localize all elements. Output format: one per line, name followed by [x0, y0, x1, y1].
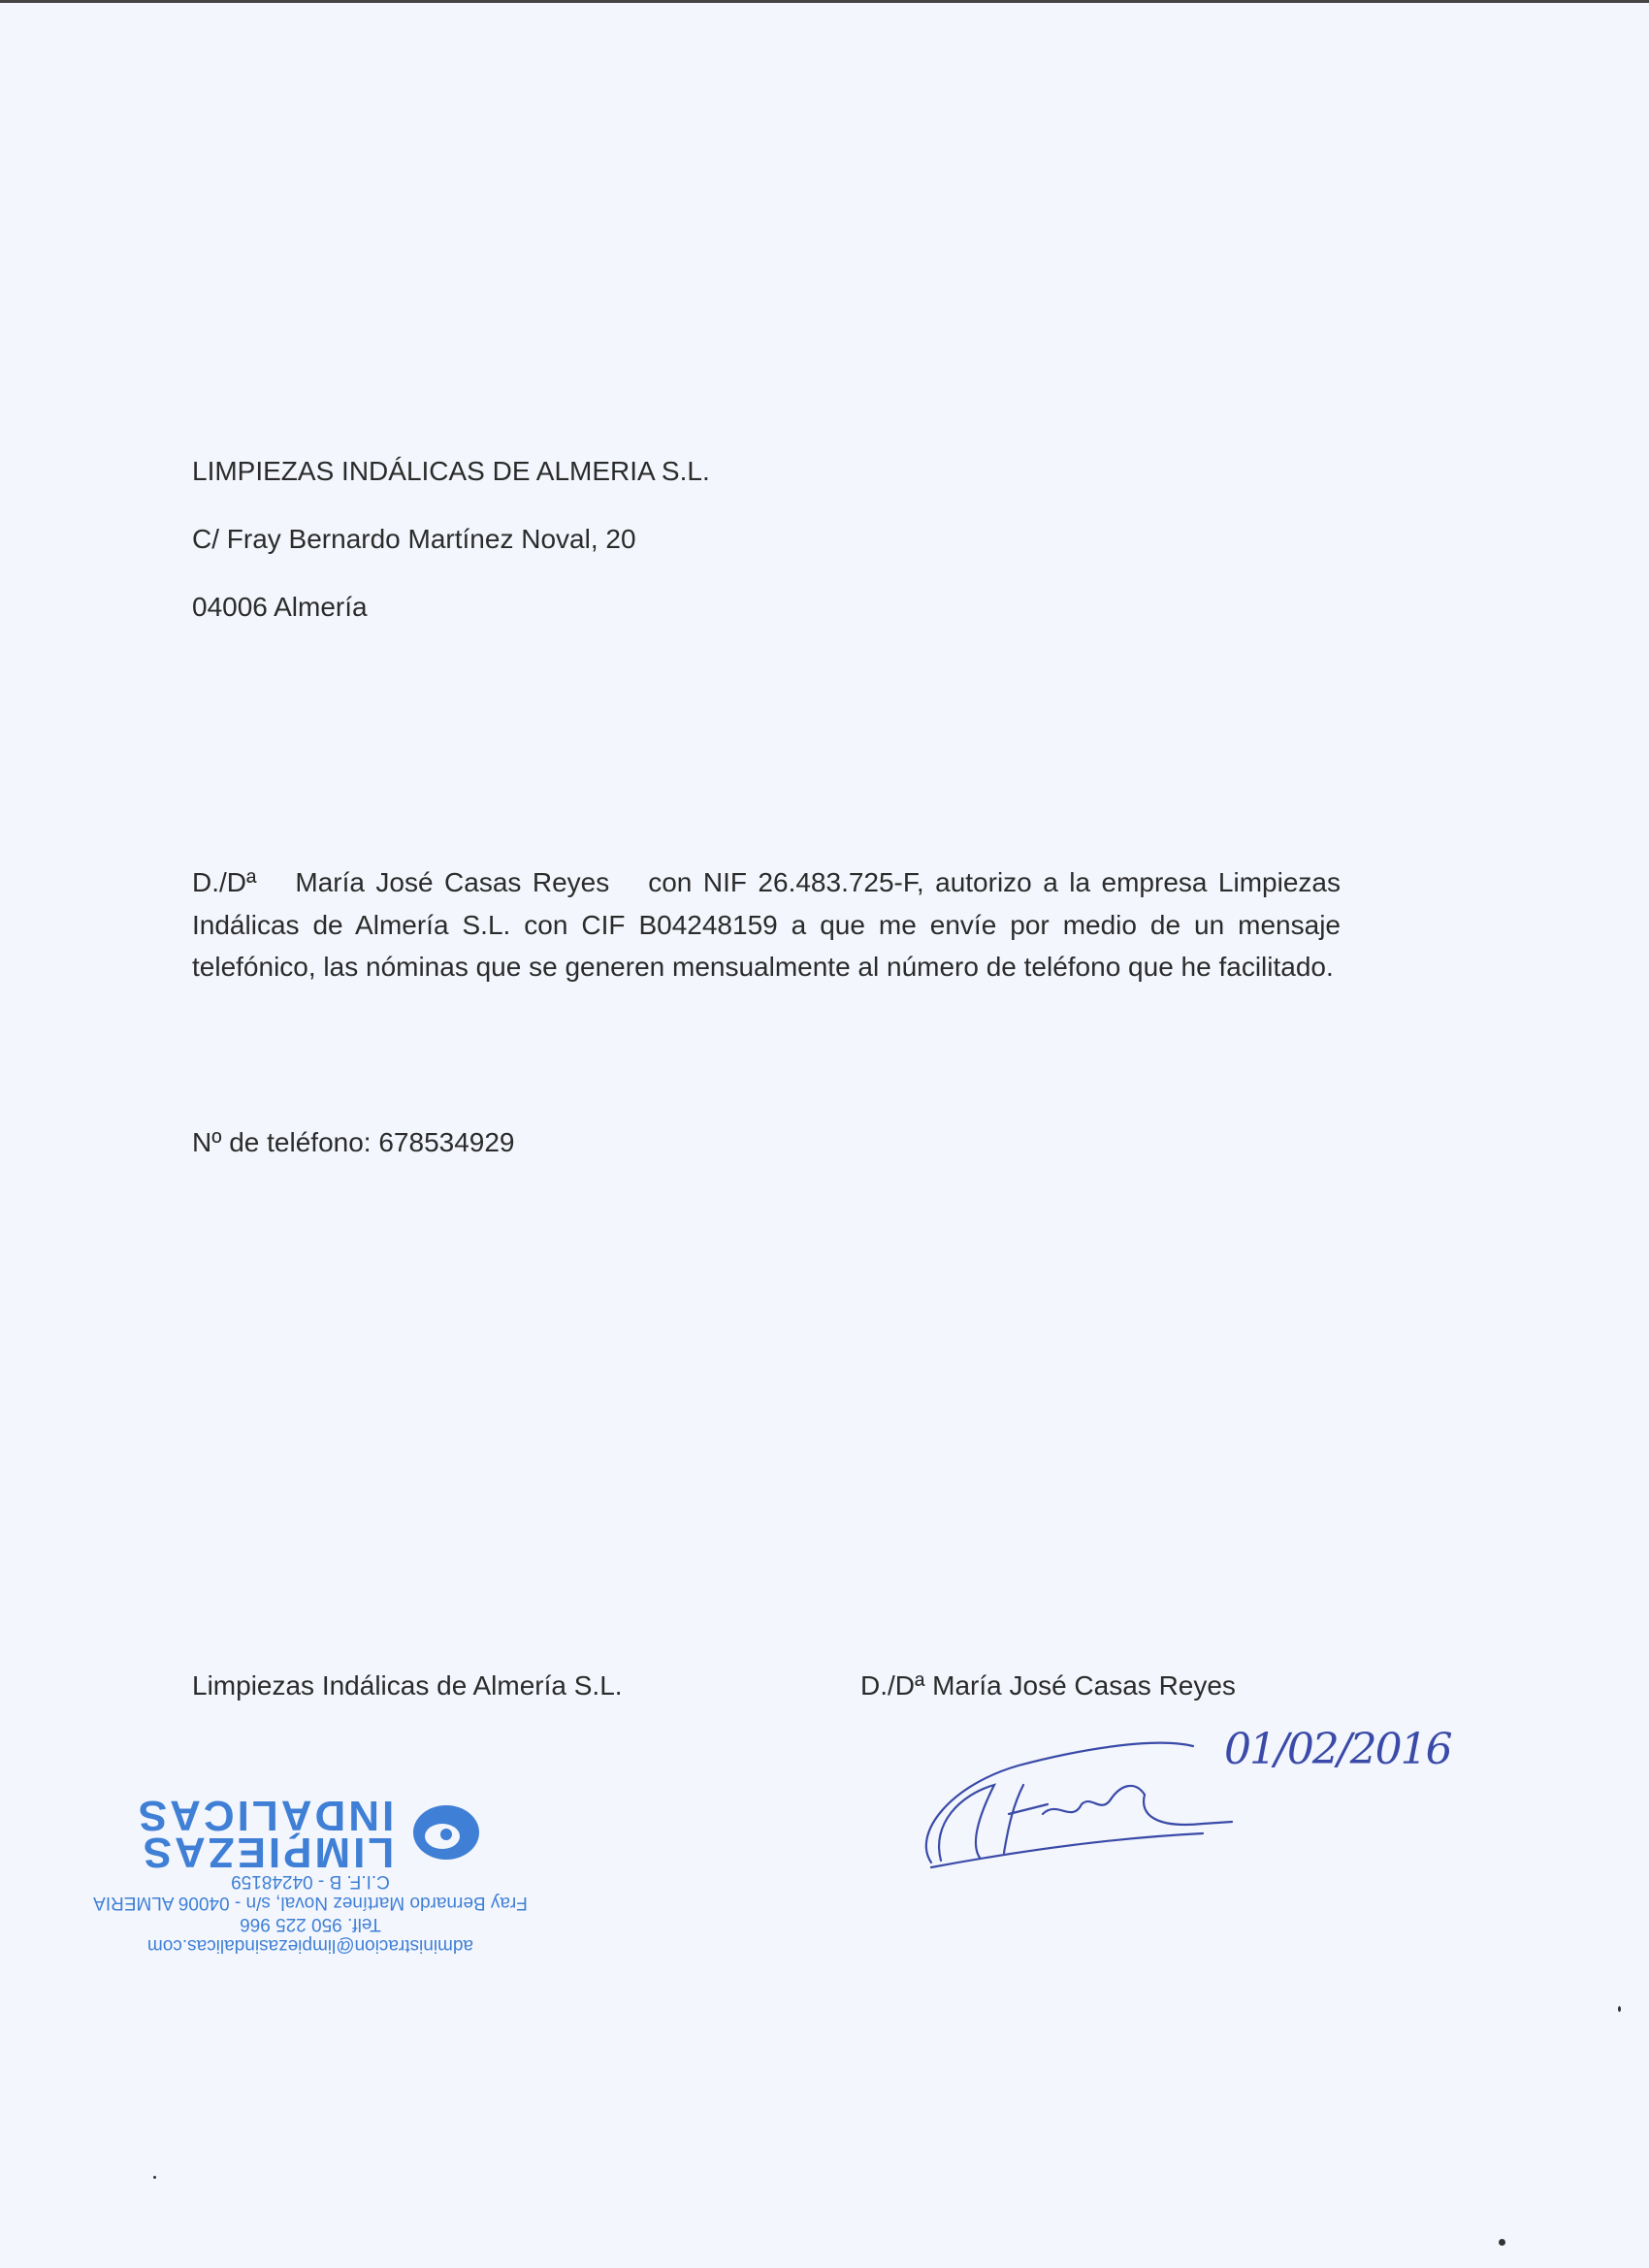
recipient-city: 04006 Almería	[192, 592, 368, 623]
recipient-company: LIMPIEZAS INDÁLICAS DE ALMERIA S.L.	[192, 456, 710, 487]
stamp-logo-icon	[407, 1799, 485, 1867]
authorization-name: María José Casas Reyes	[295, 867, 609, 897]
stamp-brand-line2: INDÁLICAS	[136, 1797, 395, 1833]
company-stamp: administracion@limpiezasindalicas.com Te…	[87, 1771, 533, 1956]
stamp-email: administracion@limpiezasindalicas.com	[87, 1934, 533, 1956]
stamp-address: Fray Bernardo Martínez Noval, s/n - 0400…	[87, 1892, 533, 1913]
scan-speck	[1618, 2006, 1621, 2012]
handwritten-signature-icon	[912, 1717, 1242, 1882]
recipient-address: C/ Fray Bernardo Martínez Noval, 20	[192, 524, 636, 555]
authorization-paragraph: D./DªMaría José Casas Reyescon NIF 26.48…	[192, 861, 1341, 988]
company-signature-label: Limpiezas Indálicas de Almería S.L.	[192, 1670, 623, 1701]
scan-top-edge	[0, 0, 1649, 3]
person-signature-label: D./Dª María José Casas Reyes	[860, 1670, 1236, 1701]
handwritten-date: 01/02/2016	[1224, 1725, 1451, 1774]
stamp-phone: Telf. 950 225 966	[87, 1913, 533, 1934]
scan-speck	[153, 2176, 156, 2179]
scan-speck	[1499, 2239, 1505, 2246]
phone-line: Nº de teléfono: 678534929	[192, 1127, 515, 1158]
authorization-prefix: D./Dª	[192, 867, 256, 897]
